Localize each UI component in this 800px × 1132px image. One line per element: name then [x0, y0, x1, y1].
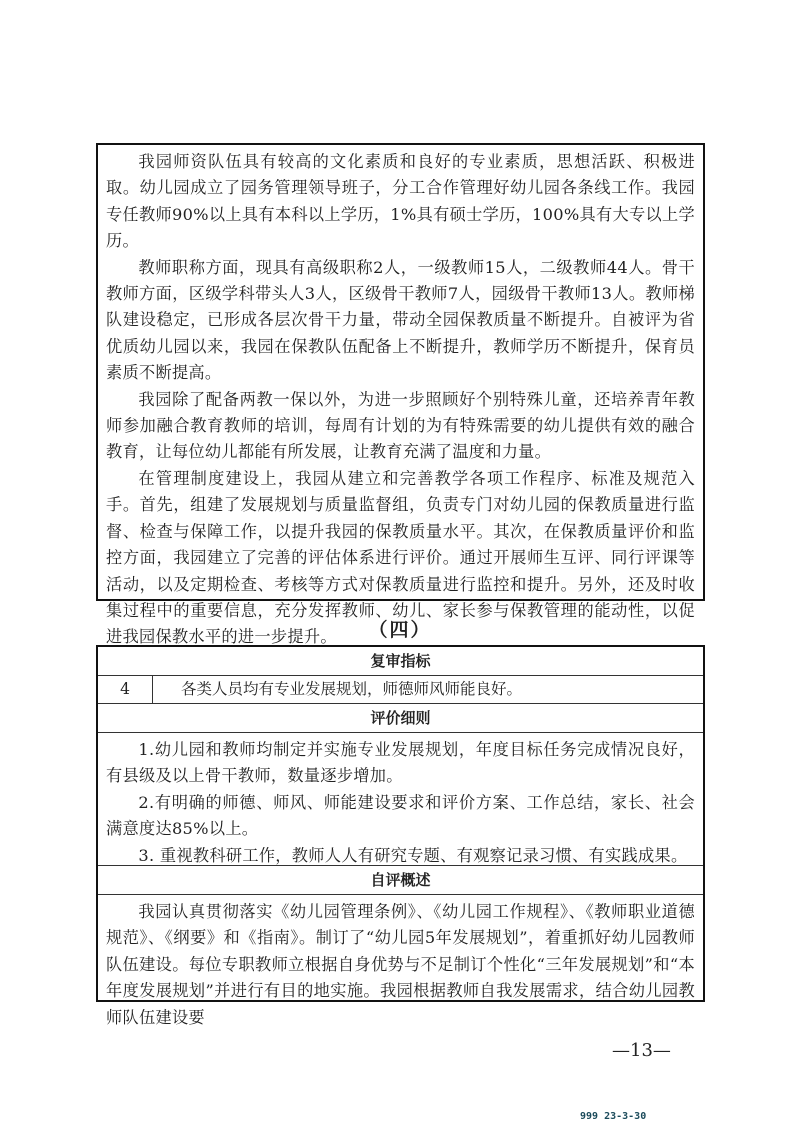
criterion-2: 2.有明确的师德、师风、师能建设要求和评价方案、工作总结，家长、社会满意度达85…: [106, 790, 695, 843]
self-evaluation-text-box: 我园师资队伍具有较高的文化素质和良好的专业素质，思想活跃、积极进取。幼儿园成立了…: [96, 143, 705, 601]
print-stamp: 999 23-3-30: [580, 1111, 646, 1122]
indicator-number: 4: [98, 676, 153, 703]
criterion-1: 1.幼儿园和教师均制定并实施专业发展规划，年度目标任务完成情况良好，有县级及以上…: [106, 737, 695, 790]
paragraph-teacher-titles: 教师职称方面，现具有高级职称2人，一级教师15人，二级教师44人。骨干教师方面，…: [106, 255, 695, 387]
text-cell: 我园师资队伍具有较高的文化素质和良好的专业素质，思想活跃、积极进取。幼儿园成立了…: [98, 145, 703, 651]
review-indicator-table: 复审指标 4 各类人员均有专业发展规划，师德师风师能良好。 评价细则 1.幼儿园…: [96, 645, 705, 1002]
indicator-text: 各类人员均有专业发展规划，师德师风师能良好。: [153, 676, 703, 703]
self-evaluation-text: 我园认真贯彻落实《幼儿园管理条例》、《幼儿园工作规程》、《教师职业道德规范》、《…: [106, 899, 695, 1031]
page-number: —13—: [612, 1040, 671, 1061]
evaluation-criteria-cell: 1.幼儿园和教师均制定并实施专业发展规划，年度目标任务完成情况良好，有县级及以上…: [98, 733, 703, 866]
review-indicator-header: 复审指标: [98, 647, 703, 676]
paragraph-staff-quality: 我园师资队伍具有较高的文化素质和良好的专业素质，思想活跃、积极进取。幼儿园成立了…: [106, 149, 695, 255]
paragraph-inclusive-education: 我园除了配备两教一保以外，为进一步照顾好个别特殊儿童，还培养青年教师参加融合教育…: [106, 387, 695, 466]
evaluation-criteria-header: 评价细则: [98, 704, 703, 733]
self-evaluation-header: 自评概述: [98, 866, 703, 895]
indicator-row: 4 各类人员均有专业发展规划，师德师风师能良好。: [98, 676, 703, 704]
section-title: （四）: [0, 615, 800, 642]
self-evaluation-cell: 我园认真贯彻落实《幼儿园管理条例》、《幼儿园工作规程》、《教师职业道德规范》、《…: [98, 895, 703, 1031]
